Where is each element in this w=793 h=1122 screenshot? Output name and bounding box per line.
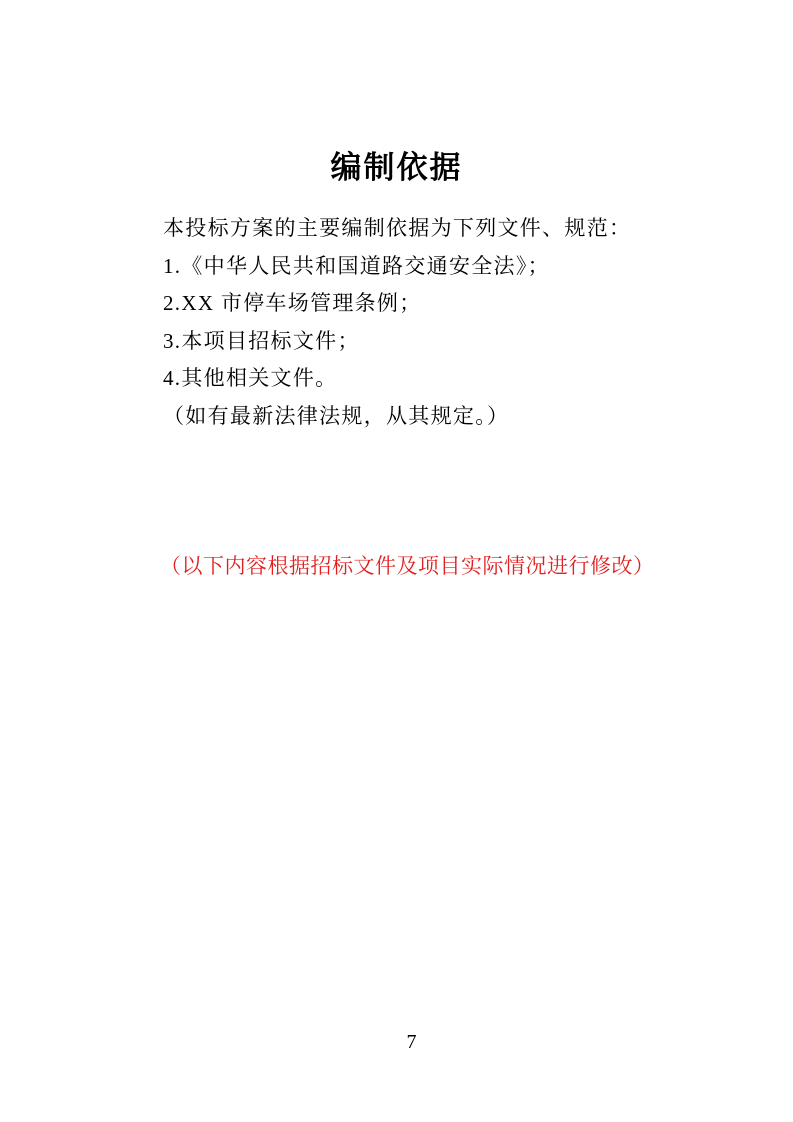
revision-note: （以下内容根据招标文件及项目实际情况进行修改） bbox=[160, 551, 720, 581]
body-intro-line: 本投标方案的主要编制依据为下列文件、规范： bbox=[163, 210, 663, 248]
page-number: 7 bbox=[0, 1031, 793, 1054]
body-list-item-4: 4.其他相关文件。 bbox=[163, 360, 663, 398]
body-list-item-2: 2.XX 市停车场管理条例； bbox=[163, 285, 663, 323]
body-list-item-1: 1.《中华人民共和国道路交通安全法》； bbox=[163, 248, 663, 286]
page-title: 编制依据 bbox=[0, 149, 793, 186]
body-parenthetical-line: （如有最新法律法规，从其规定。） bbox=[163, 398, 663, 436]
body-list-item-3: 3.本项目招标文件； bbox=[163, 323, 663, 361]
document-page: 编制依据 本投标方案的主要编制依据为下列文件、规范： 1.《中华人民共和国道路交… bbox=[0, 0, 793, 1122]
body-text-block: 本投标方案的主要编制依据为下列文件、规范： 1.《中华人民共和国道路交通安全法》… bbox=[163, 210, 663, 435]
